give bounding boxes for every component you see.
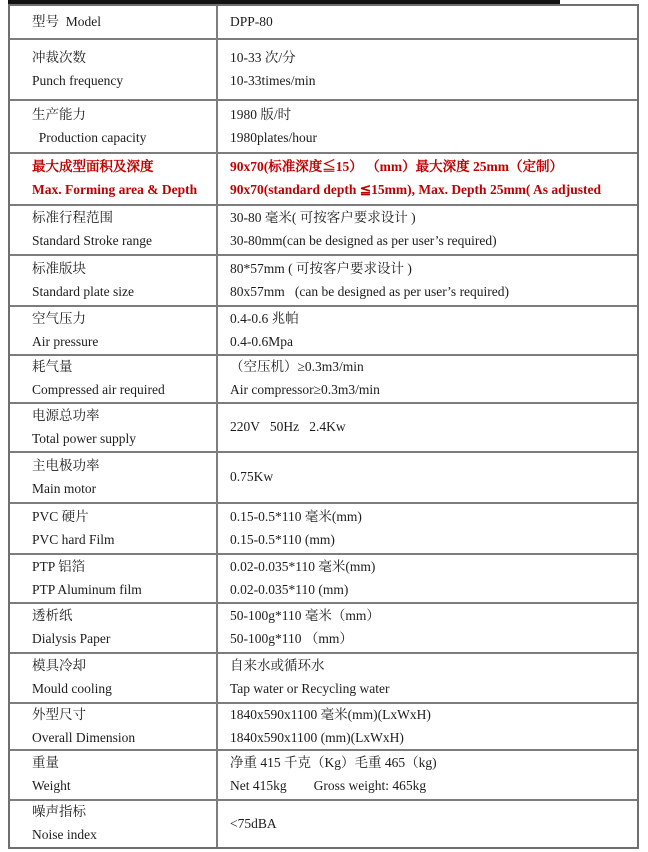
row-label-en: Main motor xyxy=(32,481,210,498)
table-row-production-capacity: 生产能力 Production capacity 1980 版/时 1980pl… xyxy=(10,99,637,152)
row-value: <75dBA xyxy=(230,816,629,833)
row-value-zh: 30-80 毫米( 可按客户要求设计 ) xyxy=(230,210,629,227)
row-value-zh: （空压机）≥0.3m3/min xyxy=(230,359,629,376)
row-value-zh: 0.02-0.035*110 毫米(mm) xyxy=(230,559,629,576)
row-value-en: 30-80mm(can be designed as per user’s re… xyxy=(230,233,629,250)
row-value-zh: 0.15-0.5*110 毫米(mm) xyxy=(230,509,629,526)
row-value: 220V 50Hz 2.4Kw xyxy=(230,419,629,436)
spec-value-cell: 0.15-0.5*110 毫米(mm) 0.15-0.5*110 (mm) xyxy=(218,504,637,553)
spec-label-cell: 空气压力 Air pressure xyxy=(10,307,218,354)
row-value-zh: 自来水或循环水 xyxy=(230,658,629,675)
row-label-en: Mould cooling xyxy=(32,681,210,698)
row-value: DPP-80 xyxy=(230,14,629,31)
row-label-en: Punch frequency xyxy=(32,73,210,90)
spec-value-cell: <75dBA xyxy=(218,801,637,847)
spec-value-cell: 10-33 次/分 10-33times/min xyxy=(218,40,637,99)
row-label-en: Production capacity xyxy=(32,130,210,147)
row-label-zh: 标准行程范围 xyxy=(32,210,210,227)
row-value-en: 1840x590x1100 (mm)(LxWxH) xyxy=(230,730,629,747)
row-value-en: 10-33times/min xyxy=(230,73,629,90)
spec-label-cell: 最大成型面积及深度 Max. Forming area & Depth xyxy=(10,154,218,204)
spec-value-cell: 80*57mm ( 可按客户要求设计 ) 80x57mm (can be des… xyxy=(218,256,637,305)
table-row-total-power: 电源总功率 Total power supply 220V 50Hz 2.4Kw xyxy=(10,402,637,451)
table-row-ptp-foil: PTP 铝箔 PTP Aluminum film 0.02-0.035*110 … xyxy=(10,553,637,602)
row-value-en: 1980plates/hour xyxy=(230,130,629,147)
row-label-en: PTP Aluminum film xyxy=(32,582,210,599)
table-row-max-forming-area: 最大成型面积及深度 Max. Forming area & Depth 90x7… xyxy=(10,152,637,204)
row-label-zh: 生产能力 xyxy=(32,107,210,124)
table-row-weight: 重量 Weight 净重 415 千克（Kg）毛重 465（kg) Net 41… xyxy=(10,749,637,799)
row-value-en: 0.4-0.6Mpa xyxy=(230,334,629,351)
row-value-en: 90x70(standard depth ≦15mm), Max. Depth … xyxy=(230,182,629,199)
spec-label-cell: 重量 Weight xyxy=(10,751,218,799)
spec-label-cell: 主电极功率 Main motor xyxy=(10,453,218,502)
row-value-zh: 净重 415 千克（Kg）毛重 465（kg) xyxy=(230,755,629,772)
spec-value-cell: 90x70(标准深度≦15） （mm）最大深度 25mm（定制） 90x70(s… xyxy=(218,154,637,204)
spec-value-cell: 1980 版/时 1980plates/hour xyxy=(218,101,637,152)
spec-table: 型号 Model DPP-80 冲裁次数 Punch frequency 10-… xyxy=(8,4,639,849)
spec-label-cell: 生产能力 Production capacity xyxy=(10,101,218,152)
row-label-en: Compressed air required xyxy=(32,382,210,399)
spec-value-cell: 220V 50Hz 2.4Kw xyxy=(218,404,637,451)
table-row-overall-dimension: 外型尺寸 Overall Dimension 1840x590x1100 毫米(… xyxy=(10,702,637,749)
row-label-zh: 透析纸 xyxy=(32,608,210,625)
row-label-zh: 最大成型面积及深度 xyxy=(32,159,210,176)
row-label-zh: 噪声指标 xyxy=(32,804,210,821)
row-value-zh: 80*57mm ( 可按客户要求设计 ) xyxy=(230,261,629,278)
spec-label-cell: 耗气量 Compressed air required xyxy=(10,356,218,402)
row-label-en: Max. Forming area & Depth xyxy=(32,182,210,199)
table-row-punch-frequency: 冲裁次数 Punch frequency 10-33 次/分 10-33time… xyxy=(10,38,637,99)
row-label-zh: 耗气量 xyxy=(32,359,210,376)
spec-label-cell: 型号 Model xyxy=(10,6,218,38)
spec-label-cell: 标准版块 Standard plate size xyxy=(10,256,218,305)
row-label-en: Dialysis Paper xyxy=(32,631,210,648)
spec-label-cell: PTP 铝箔 PTP Aluminum film xyxy=(10,555,218,602)
row-value-zh: 1980 版/时 xyxy=(230,107,629,124)
table-row-compressed-air: 耗气量 Compressed air required （空压机）≥0.3m3/… xyxy=(10,354,637,402)
row-label-en: Air pressure xyxy=(32,334,210,351)
table-row-stroke-range: 标准行程范围 Standard Stroke range 30-80 毫米( 可… xyxy=(10,204,637,254)
spec-label-cell: 透析纸 Dialysis Paper xyxy=(10,604,218,652)
spec-value-cell: 净重 415 千克（Kg）毛重 465（kg) Net 415kg Gross … xyxy=(218,751,637,799)
row-value-zh: 10-33 次/分 xyxy=(230,50,629,67)
spec-value-cell: 自来水或循环水 Tap water or Recycling water xyxy=(218,654,637,702)
row-label: 型号 Model xyxy=(32,14,210,31)
spec-label-cell: 电源总功率 Total power supply xyxy=(10,404,218,451)
table-row-dialysis-paper: 透析纸 Dialysis Paper 50-100g*110 毫米（mm） 50… xyxy=(10,602,637,652)
spec-value-cell: 0.4-0.6 兆帕 0.4-0.6Mpa xyxy=(218,307,637,354)
spec-label-cell: 噪声指标 Noise index xyxy=(10,801,218,847)
row-value-en: Air compressor≥0.3m3/min xyxy=(230,382,629,399)
spec-value-cell: （空压机）≥0.3m3/min Air compressor≥0.3m3/min xyxy=(218,356,637,402)
row-label-zh: 空气压力 xyxy=(32,311,210,328)
row-label-zh: PVC 硬片 xyxy=(32,509,210,526)
row-value-zh: 90x70(标准深度≦15） （mm）最大深度 25mm（定制） xyxy=(230,159,629,176)
row-label-en: Noise index xyxy=(32,827,210,844)
row-label-zh: 外型尺寸 xyxy=(32,707,210,724)
row-label-zh: 模具冷却 xyxy=(32,658,210,675)
spec-label-cell: 冲裁次数 Punch frequency xyxy=(10,40,218,99)
spec-value-cell: 0.02-0.035*110 毫米(mm) 0.02-0.035*110 (mm… xyxy=(218,555,637,602)
table-row-pvc-film: PVC 硬片 PVC hard Film 0.15-0.5*110 毫米(mm)… xyxy=(10,502,637,553)
row-label-en: PVC hard Film xyxy=(32,532,210,549)
row-value-en: 0.15-0.5*110 (mm) xyxy=(230,532,629,549)
row-value-en: 50-100g*110 （mm） xyxy=(230,631,629,648)
spec-label-cell: PVC 硬片 PVC hard Film xyxy=(10,504,218,553)
spec-label-cell: 外型尺寸 Overall Dimension xyxy=(10,704,218,749)
spec-value-cell: DPP-80 xyxy=(218,6,637,38)
row-label-zh: 主电极功率 xyxy=(32,458,210,475)
row-value-en: Net 415kg Gross weight: 465kg xyxy=(230,778,629,795)
row-label-zh: 冲裁次数 xyxy=(32,50,210,67)
row-value-en: 0.02-0.035*110 (mm) xyxy=(230,582,629,599)
spec-label-cell: 模具冷却 Mould cooling xyxy=(10,654,218,702)
row-value-zh: 1840x590x1100 毫米(mm)(LxWxH) xyxy=(230,707,629,724)
row-value-en: 80x57mm (can be designed as per user’s r… xyxy=(230,284,629,301)
row-value-zh: 50-100g*110 毫米（mm） xyxy=(230,608,629,625)
row-value: 0.75Kw xyxy=(230,469,629,486)
spec-value-cell: 0.75Kw xyxy=(218,453,637,502)
row-value-en: Tap water or Recycling water xyxy=(230,681,629,698)
spec-label-cell: 标准行程范围 Standard Stroke range xyxy=(10,206,218,254)
row-label-zh: 标准版块 xyxy=(32,261,210,278)
spec-value-cell: 30-80 毫米( 可按客户要求设计 ) 30-80mm(can be desi… xyxy=(218,206,637,254)
row-label-en: Standard plate size xyxy=(32,284,210,301)
table-row-air-pressure: 空气压力 Air pressure 0.4-0.6 兆帕 0.4-0.6Mpa xyxy=(10,305,637,354)
row-label-en: Overall Dimension xyxy=(32,730,210,747)
spec-value-cell: 50-100g*110 毫米（mm） 50-100g*110 （mm） xyxy=(218,604,637,652)
row-label-en: Standard Stroke range xyxy=(32,233,210,250)
table-row-main-motor: 主电极功率 Main motor 0.75Kw xyxy=(10,451,637,502)
table-row-plate-size: 标准版块 Standard plate size 80*57mm ( 可按客户要… xyxy=(10,254,637,305)
row-value-zh: 0.4-0.6 兆帕 xyxy=(230,311,629,328)
row-label-zh: PTP 铝箔 xyxy=(32,559,210,576)
row-label-zh: 电源总功率 xyxy=(32,408,210,425)
table-row-noise-index: 噪声指标 Noise index <75dBA xyxy=(10,799,637,847)
table-row-model: 型号 Model DPP-80 xyxy=(10,6,637,38)
row-label-zh: 重量 xyxy=(32,755,210,772)
spec-value-cell: 1840x590x1100 毫米(mm)(LxWxH) 1840x590x110… xyxy=(218,704,637,749)
table-row-mould-cooling: 模具冷却 Mould cooling 自来水或循环水 Tap water or … xyxy=(10,652,637,702)
row-label-en: Total power supply xyxy=(32,431,210,448)
row-label-en: Weight xyxy=(32,778,210,795)
